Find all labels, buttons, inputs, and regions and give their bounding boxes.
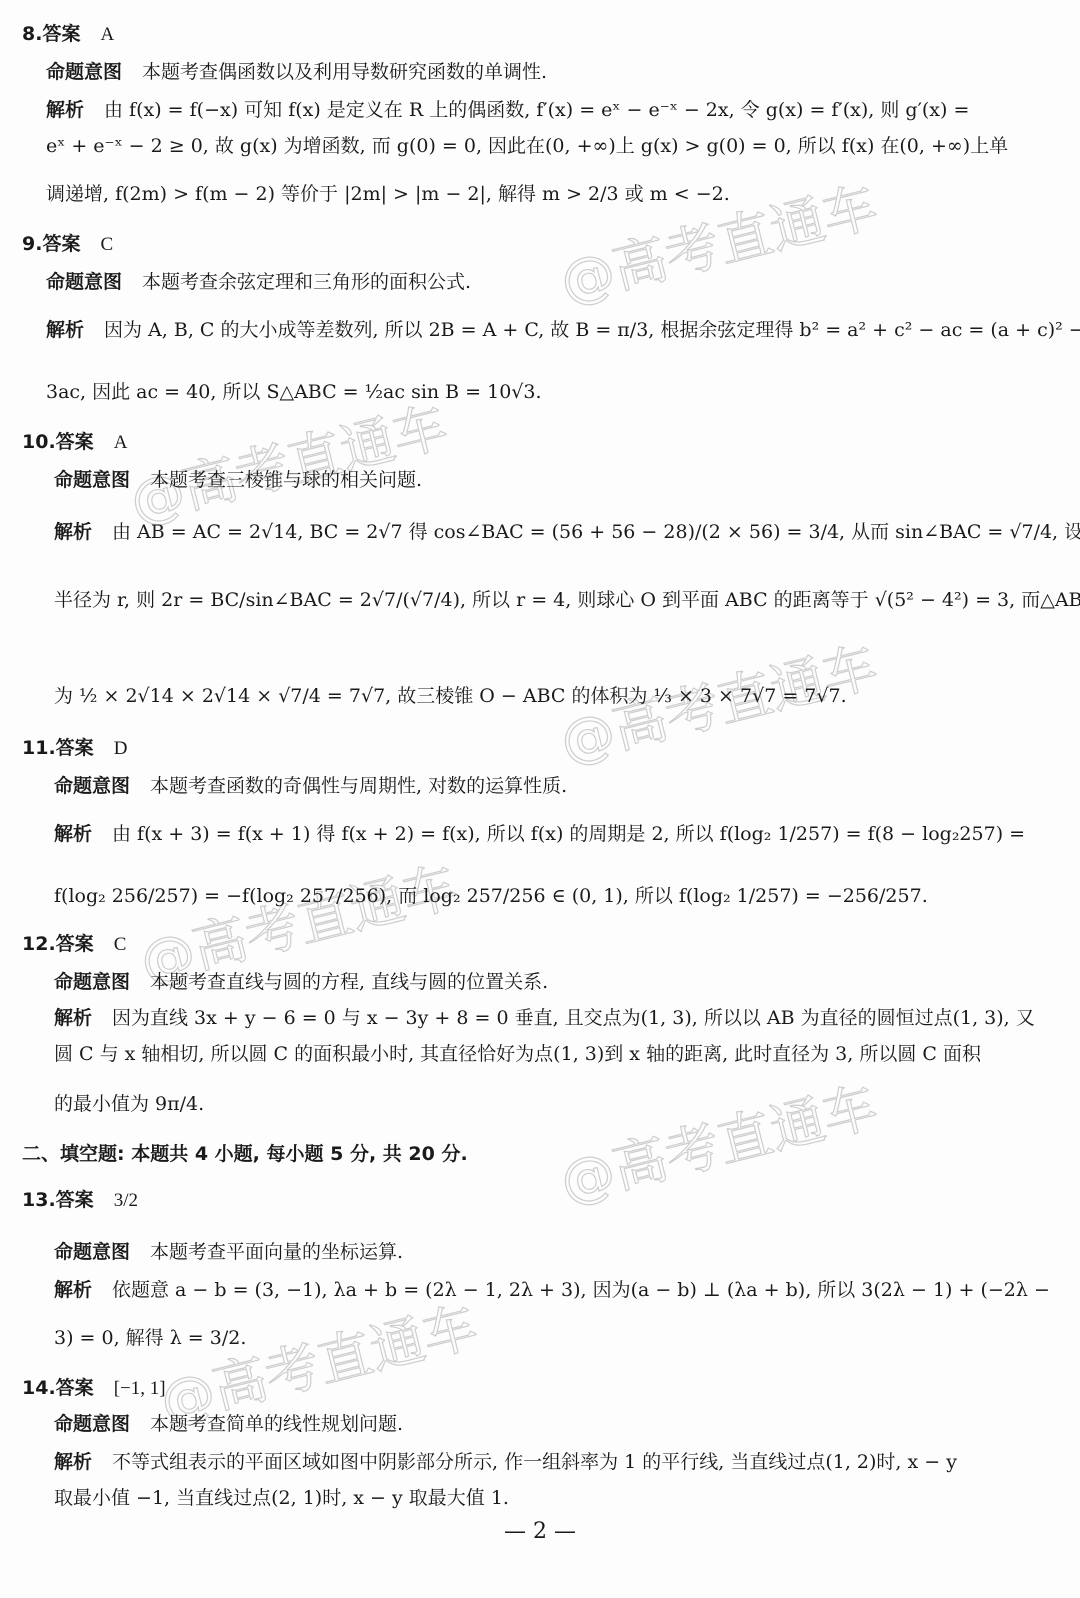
question-8-intent: 命题意图本题考查偶函数以及利用导数研究函数的单调性. (46, 60, 547, 84)
question-13-intent: 命题意图本题考查平面向量的坐标运算. (54, 1240, 403, 1264)
question-14-analysis: 解析不等式组表示的平面区域如图中阴影部分所示, 作一组斜率为 1 的平行线, 当… (54, 1450, 957, 1474)
question-12-header: 12.答案C (22, 932, 126, 957)
question-11-analysis: 解析由 f(x + 3) = f(x + 1) 得 f(x + 2) = f(x… (54, 822, 1025, 846)
analysis-line: 取最小值 −1, 当直线过点(2, 1)时, x − y 取最大值 1. (54, 1486, 509, 1510)
analysis-line: 调递增, f(2m) > f(m − 2) 等价于 |2m| > |m − 2|… (46, 182, 730, 206)
watermark: @高考直通车 (551, 1064, 884, 1217)
analysis-line: 圆 C 与 x 轴相切, 所以圆 C 的面积最小时, 其直径恰好为点(1, 3)… (54, 1042, 981, 1066)
question-9-intent: 命题意图本题考查余弦定理和三角形的面积公式. (46, 270, 471, 294)
question-9-header: 9.答案C (22, 232, 113, 257)
page-number: — 2 — (0, 1520, 1080, 1544)
question-8-header: 8.答案A (22, 22, 114, 47)
answer-value: A (100, 24, 114, 45)
analysis-line: 3ac, 因此 ac = 40, 所以 S△ABC = ½ac sin B = … (46, 380, 542, 404)
question-14-header: 14.答案[−1, 1] (22, 1376, 166, 1401)
analysis-line: 的最小值为 9π/4. (54, 1092, 204, 1116)
question-12-intent: 命题意图本题考查直线与圆的方程, 直线与圆的位置关系. (54, 970, 548, 994)
question-10-intent: 命题意图本题考查三棱锥与球的相关问题. (54, 468, 422, 492)
question-13-analysis: 解析依题意 a − b = (3, −1), λa + b = (2λ − 1,… (54, 1278, 1050, 1302)
analysis-line: 3) = 0, 解得 λ = 3/2. (54, 1326, 246, 1350)
watermark: @高考直通车 (121, 384, 454, 537)
question-14-intent: 命题意图本题考查简单的线性规划问题. (54, 1412, 403, 1436)
section-heading: 二、填空题: 本题共 4 小题, 每小题 5 分, 共 20 分. (22, 1142, 468, 1166)
question-11-intent: 命题意图本题考查函数的奇偶性与周期性, 对数的运算性质. (54, 774, 567, 798)
analysis-line: 半径为 r, 则 2r = BC/sin∠BAC = 2√7/(√7/4), 所… (54, 588, 1080, 612)
question-number: 8. (22, 23, 42, 45)
question-13-header: 13.答案3/2 (22, 1188, 138, 1213)
analysis-line: eˣ + e⁻ˣ − 2 ≥ 0, 故 g(x) 为增函数, 而 g(0) = … (46, 134, 1008, 158)
analysis-line: 为 ½ × 2√14 × 2√14 × √7/4 = 7√7, 故三棱锥 O −… (54, 684, 847, 708)
question-10-analysis: 解析由 AB = AC = 2√14, BC = 2√7 得 cos∠BAC =… (54, 520, 1080, 544)
question-9-analysis: 解析因为 A, B, C 的大小成等差数列, 所以 2B = A + C, 故 … (46, 318, 1080, 342)
question-10-header: 10.答案A (22, 430, 127, 455)
question-12-analysis: 解析因为直线 3x + y − 6 = 0 与 x − 3y + 8 = 0 垂… (54, 1006, 1035, 1030)
analysis-line: f(log₂ 256/257) = −f(log₂ 257/256), 而 lo… (54, 884, 928, 908)
question-11-header: 11.答案D (22, 736, 127, 761)
question-8-analysis: 解析由 f(x) = f(−x) 可知 f(x) 是定义在 R 上的偶函数, f… (46, 98, 969, 122)
